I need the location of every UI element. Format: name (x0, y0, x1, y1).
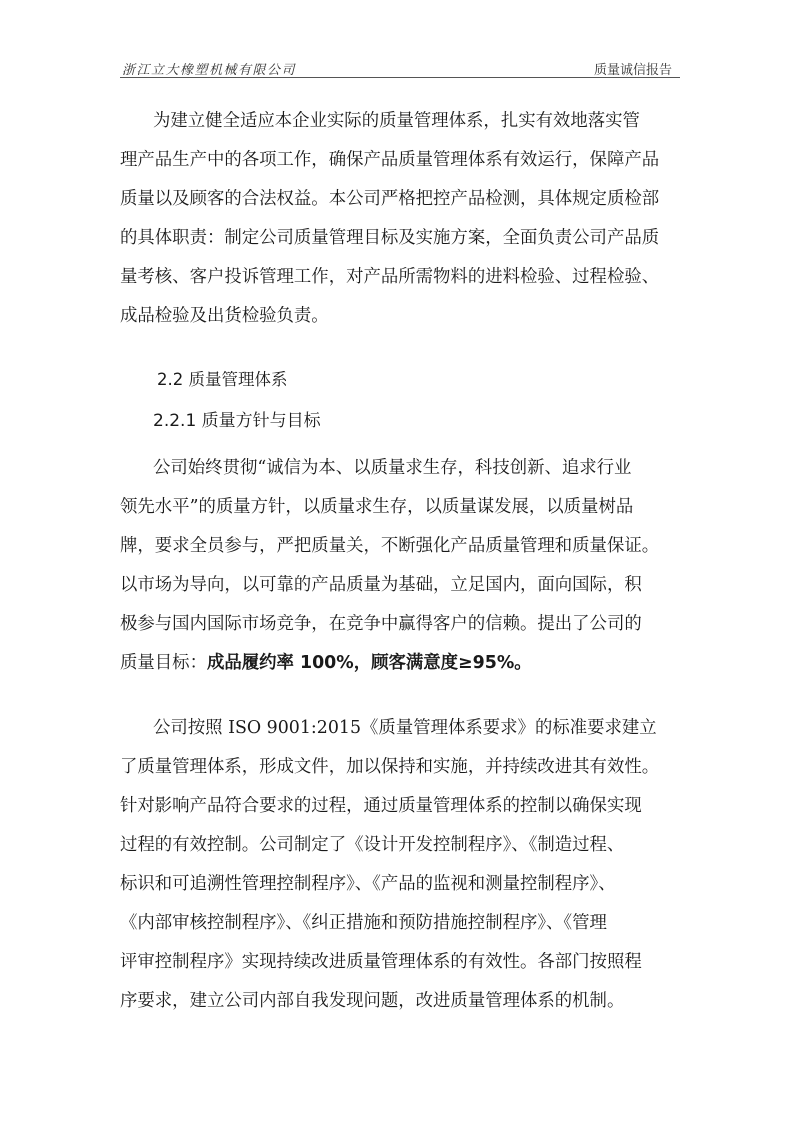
page-header: 浙江立大橡塑机械有限公司 质量诚信报告 (120, 58, 680, 78)
header-document-title: 质量诚信报告 (594, 59, 672, 78)
section-heading-2-2-1: 2.2.1 质量方针与目标 (153, 410, 321, 432)
text-line: 公司始终贯彻“诚信为本、以质量求生存，科技创新、追求行业 (153, 457, 718, 479)
quality-target-label: 质量目标： (120, 653, 207, 673)
text-line: 为建立健全适应本企业实际的质量管理体系，扎实有效地落实管 (153, 110, 718, 132)
text-line: 公司按照 ISO 9001:2015《质量管理体系要求》的标准要求建立 (153, 717, 718, 739)
text-line: 理产品生产中的各项工作，确保产品质量管理体系有效运行，保障产品 (120, 149, 685, 171)
quality-target-line: 质量目标：成品履约率 100%，顾客满意度≥95%。 (120, 652, 685, 674)
text-line: 针对影响产品符合要求的过程，通过质量管理体系的控制以确保实现 (120, 795, 685, 817)
text-line: 序要求，建立公司内部自我发现问题，改进质量管理体系的机制。 (120, 990, 685, 1012)
text-line: 了质量管理体系，形成文件，加以保持和实施，并持续改进其有效性。 (120, 756, 685, 778)
section-heading-2-2: 2.2 质量管理体系 (157, 369, 288, 391)
text-line: 极参与国内国际市场竞争，在竞争中赢得客户的信赖。提出了公司的 (120, 613, 685, 635)
text-line: 成品检验及出货检验负责。 (120, 305, 685, 327)
text-line: 过程的有效控制。公司制定了《设计开发控制程序》、《制造过程、 (120, 834, 685, 856)
text-line: 的具体职责：制定公司质量管理目标及实施方案，全面负责公司产品质 (120, 227, 685, 249)
header-company-name: 浙江立大橡塑机械有限公司 (122, 59, 296, 78)
quality-target-value: 成品履约率 100%，顾客满意度≥95%。 (207, 653, 532, 673)
text-line: 评审控制程序》实现持续改进质量管理体系的有效性。各部门按照程 (120, 951, 685, 973)
text-line: 牌，要求全员参与，严把质量关，不断强化产品质量管理和质量保证。 (120, 535, 685, 557)
text-line: 标识和可追溯性管理控制程序》、《产品的监视和测量控制程序》、 (120, 873, 685, 895)
text-line: 《内部审核控制程序》、《纠正措施和预防措施控制程序》、《管理 (120, 912, 685, 934)
text-line: 质量以及顾客的合法权益。本公司严格把控产品检测，具体规定质检部 (120, 188, 685, 210)
text-line: 以市场为导向，以可靠的产品质量为基础，立足国内，面向国际，积 (120, 574, 685, 596)
text-line: 量考核、客户投诉管理工作，对产品所需物料的进料检验、过程检验、 (120, 266, 685, 288)
text-line: 领先水平”的质量方针，以质量求生存，以质量谋发展，以质量树品 (120, 496, 685, 518)
